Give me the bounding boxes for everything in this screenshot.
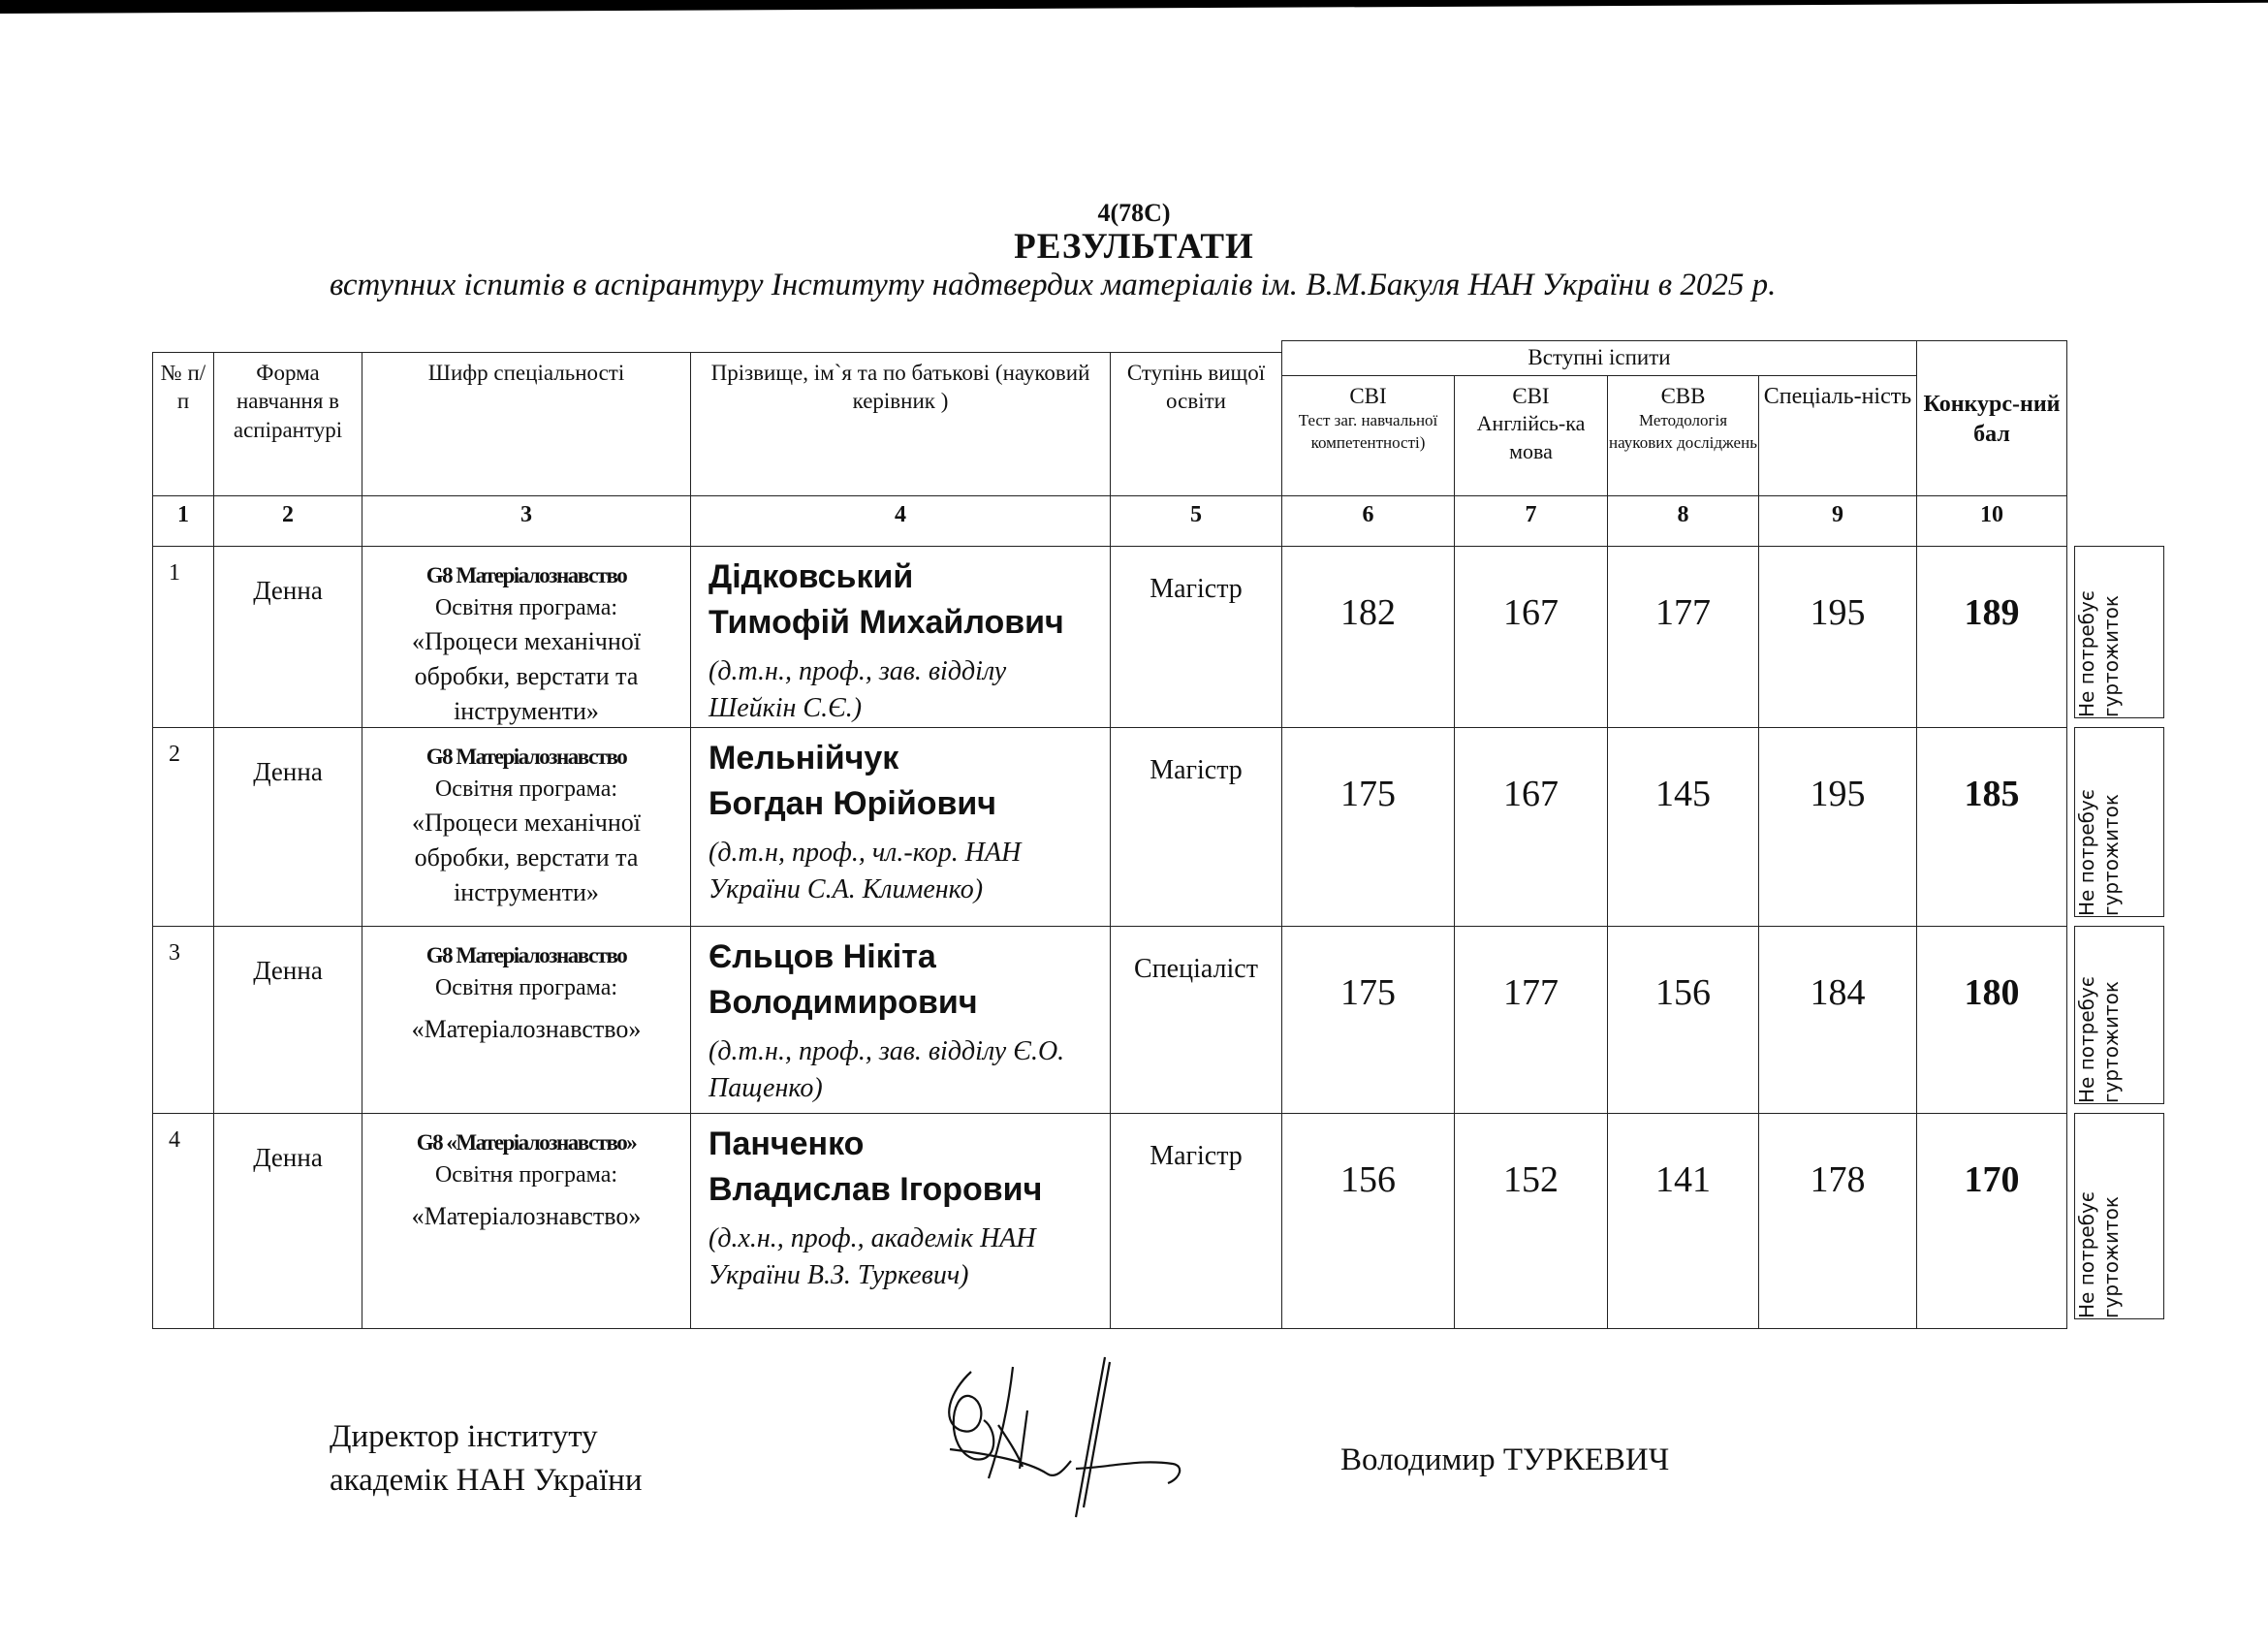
candidate-surname: Панченко xyxy=(691,1114,1110,1167)
col-number: 8 xyxy=(1607,495,1759,547)
col-header-form: Форма навчання в аспірантурі xyxy=(213,352,362,496)
exam-score: 177 xyxy=(1454,926,1608,1114)
row-number: 2 xyxy=(152,727,214,927)
col-number: 6 xyxy=(1281,495,1455,547)
col-number: 5 xyxy=(1110,495,1282,547)
signer-position-line2: академік НАН України xyxy=(330,1459,642,1503)
exam-score: 195 xyxy=(1758,546,1917,728)
signer-name: Володимир ТУРКЕВИЧ xyxy=(1340,1442,1669,1478)
row-number: 1 xyxy=(152,546,214,728)
page-title: РЕЗУЛЬТАТИ xyxy=(0,226,2268,268)
exam-score: 175 xyxy=(1281,727,1455,927)
total-score: 170 xyxy=(1916,1113,2067,1329)
degree: Спеціаліст xyxy=(1110,926,1282,1114)
candidate-cell: МельнійчукБогдан Юрійович(д.т.н, проф., … xyxy=(690,727,1111,927)
dorm-note: Не потребує гуртожиток xyxy=(2074,1113,2164,1319)
supervisor: (д.х.н., проф., академік НАН України В.З… xyxy=(691,1213,1110,1294)
col-header-total: Конкурс-ний бал xyxy=(1916,340,2067,496)
exam-score: 184 xyxy=(1758,926,1917,1114)
exam-subtitle: Тест заг. навчальної компетентності) xyxy=(1282,410,1454,453)
dorm-note: Не потребує гуртожиток xyxy=(2074,546,2164,718)
candidate-surname: Єльцов Нікіта xyxy=(691,927,1110,980)
exam-score: 156 xyxy=(1281,1113,1455,1329)
degree: Магістр xyxy=(1110,546,1282,728)
col-number: 9 xyxy=(1758,495,1917,547)
specialty-cell: G8 МатеріалознавствоОсвітня програма:«Ма… xyxy=(362,926,691,1114)
page-subtitle: вступних іспитів в аспірантуру Інституту… xyxy=(330,268,1776,303)
study-form: Денна xyxy=(213,727,362,927)
total-score: 180 xyxy=(1916,926,2067,1114)
specialty-cell: G8 «Матеріалознавство»Освітня програма:«… xyxy=(362,1113,691,1329)
document-code: 4(78С) xyxy=(0,199,2268,228)
dorm-note-text: Не потребує гуртожиток xyxy=(2075,547,2124,717)
exam-subtitle: Англійсь-ка мова xyxy=(1455,410,1607,465)
col-header-specialty: Шифр спеціальності xyxy=(362,352,691,496)
total-score: 185 xyxy=(1916,727,2067,927)
col-header-exams-group: Вступні іспити xyxy=(1281,340,1917,376)
candidate-surname: Мельнійчук xyxy=(691,728,1110,781)
col-header-exam-1: СВІТест заг. навчальної компетентності) xyxy=(1281,375,1455,496)
specialty-cell: G8 МатеріалознавствоОсвітня програма:«Пр… xyxy=(362,546,691,728)
col-number: 4 xyxy=(690,495,1111,547)
candidate-given-names: Володимирович xyxy=(691,980,1110,1026)
program-label: Освітня програма: xyxy=(362,592,690,624)
supervisor: (д.т.н, проф., чл.-кор. НАН України С.А.… xyxy=(691,827,1110,908)
exam-subtitle: Методологія наукових досліджень xyxy=(1608,410,1758,453)
candidate-given-names: Тимофій Михайлович xyxy=(691,600,1110,646)
degree: Магістр xyxy=(1110,1113,1282,1329)
candidate-cell: ДідковськийТимофій Михайлович(д.т.н., пр… xyxy=(690,546,1111,728)
col-number: 10 xyxy=(1916,495,2067,547)
col-header-exam-4: Спеціаль-ність xyxy=(1758,375,1917,496)
candidate-given-names: Богдан Юрійович xyxy=(691,781,1110,827)
program-name: «Матеріалознавство» xyxy=(362,1191,690,1234)
specialty-code: G8 Матеріалознавство xyxy=(362,940,690,972)
exam-score: 182 xyxy=(1281,546,1455,728)
candidate-cell: ПанченкоВладислав Ігорович(д.х.н., проф.… xyxy=(690,1113,1111,1329)
col-header-name: Прізвище, ім`я та по батькові (науковий … xyxy=(690,352,1111,496)
signer-position-line1: Директор інституту xyxy=(330,1415,642,1459)
total-score: 189 xyxy=(1916,546,2067,728)
col-header-exam-2: ЄВІАнглійсь-ка мова xyxy=(1454,375,1608,496)
candidate-given-names: Владислав Ігорович xyxy=(691,1167,1110,1213)
program-name: «Процеси механічної обробки, верстати та… xyxy=(362,624,690,729)
col-header-no: № п/ п xyxy=(152,352,214,496)
exam-score: 167 xyxy=(1454,546,1608,728)
scan-edge xyxy=(0,0,2268,14)
program-name: «Матеріалознавство» xyxy=(362,1004,690,1047)
program-label: Освітня програма: xyxy=(362,972,690,1004)
row-number: 4 xyxy=(152,1113,214,1329)
candidate-cell: Єльцов НікітаВолодимирович(д.т.н., проф.… xyxy=(690,926,1111,1114)
dorm-note: Не потребує гуртожиток xyxy=(2074,727,2164,917)
dorm-note-text: Не потребує гуртожиток xyxy=(2075,927,2124,1103)
supervisor: (д.т.н., проф., зав. відділу Є.О. Пащенк… xyxy=(691,1026,1110,1107)
degree: Магістр xyxy=(1110,727,1282,927)
exam-score: 195 xyxy=(1758,727,1917,927)
exam-score: 152 xyxy=(1454,1113,1608,1329)
exam-score: 156 xyxy=(1607,926,1759,1114)
exam-score: 145 xyxy=(1607,727,1759,927)
specialty-code: G8 «Матеріалознавство» xyxy=(362,1127,690,1159)
exam-title: ЄВІ xyxy=(1455,382,1607,410)
program-label: Освітня програма: xyxy=(362,774,690,806)
study-form: Денна xyxy=(213,926,362,1114)
dorm-note: Не потребує гуртожиток xyxy=(2074,926,2164,1104)
study-form: Денна xyxy=(213,546,362,728)
exam-score: 167 xyxy=(1454,727,1608,927)
exam-score: 178 xyxy=(1758,1113,1917,1329)
candidate-surname: Дідковський xyxy=(691,547,1110,600)
program-label: Освітня програма: xyxy=(362,1159,690,1191)
exam-score: 177 xyxy=(1607,546,1759,728)
signature-icon xyxy=(930,1352,1202,1527)
specialty-code: G8 Матеріалознавство xyxy=(362,742,690,774)
study-form: Денна xyxy=(213,1113,362,1329)
supervisor: (д.т.н., проф., зав. відділу Шейкін С.Є.… xyxy=(691,646,1110,727)
row-number: 3 xyxy=(152,926,214,1114)
signer-position: Директор інституту академік НАН України xyxy=(330,1415,642,1502)
program-name: «Процеси механічної обробки, верстати та… xyxy=(362,806,690,910)
exam-score: 141 xyxy=(1607,1113,1759,1329)
dorm-note-text: Не потребує гуртожиток xyxy=(2075,728,2124,916)
specialty-code: G8 Матеріалознавство xyxy=(362,560,690,592)
specialty-cell: G8 МатеріалознавствоОсвітня програма:«Пр… xyxy=(362,727,691,927)
col-number: 3 xyxy=(362,495,691,547)
col-header-exam-3: ЄВВМетодологія наукових досліджень xyxy=(1607,375,1759,496)
dorm-note-text: Не потребує гуртожиток xyxy=(2075,1114,2124,1318)
exam-title: ЄВВ xyxy=(1608,382,1758,410)
col-number: 7 xyxy=(1454,495,1608,547)
col-number: 2 xyxy=(213,495,362,547)
col-header-degree: Ступінь вищої освіти xyxy=(1110,352,1282,496)
col-number: 1 xyxy=(152,495,214,547)
exam-title: СВІ xyxy=(1282,382,1454,410)
exam-score: 175 xyxy=(1281,926,1455,1114)
